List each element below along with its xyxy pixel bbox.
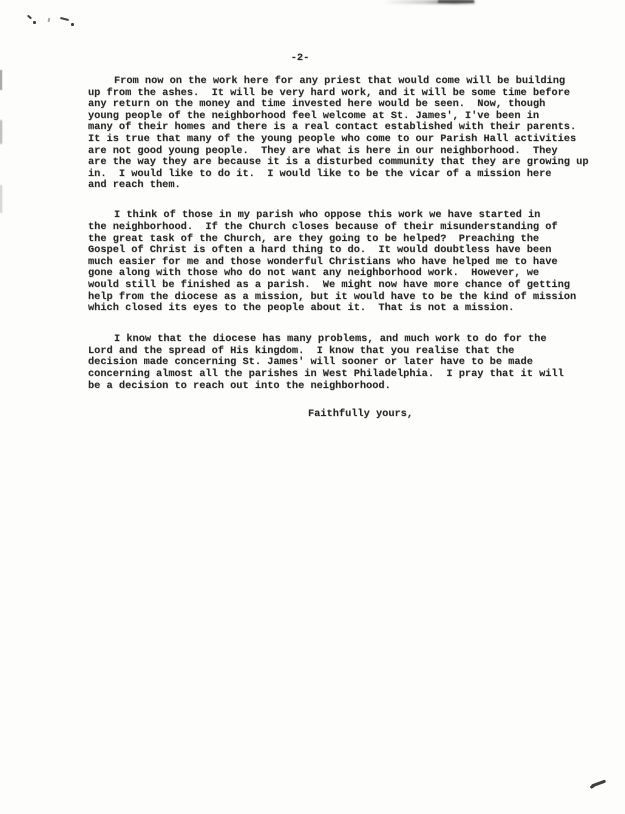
pen-mark [48, 18, 50, 22]
pen-mark [33, 21, 36, 24]
letter-line: be a decision to reach out into the neig… [88, 381, 603, 393]
scan-smudge [438, 0, 474, 3]
letter-line: concerning almost all the parishes in We… [88, 369, 603, 381]
scan-edge-artifact [0, 70, 2, 90]
paragraph-2: I think of those in my parish who oppose… [88, 210, 603, 314]
letter-line: which closed its eyes to the people abou… [88, 303, 603, 315]
letter-line: It is true that many of the young people… [88, 134, 603, 146]
letter-body: From now on the work here for any priest… [88, 76, 603, 420]
scan-edge-artifact [0, 120, 2, 144]
letter-line: and reach them. [88, 180, 603, 192]
scan-edge-artifact [0, 185, 2, 213]
page-number: -2- [0, 52, 600, 64]
letter-line: would still be finished as a parish. We … [88, 280, 603, 292]
letter-line: From now on the work here for any priest… [88, 76, 603, 88]
paragraph-3: I know that the diocese has many problem… [88, 334, 603, 392]
pen-mark [590, 784, 596, 789]
pen-mark [71, 23, 74, 26]
pen-mark [60, 17, 69, 21]
paragraph-1: From now on the work here for any priest… [88, 76, 603, 192]
pen-mark [27, 15, 32, 20]
letter-line: are the way they are because it is a dis… [88, 157, 603, 169]
scanned-letter-page: -2- From now on the work here for any pr… [0, 0, 625, 814]
closing-salutation: Faithfully yours, [88, 409, 603, 421]
letter-line: the neighborhood. If the Church closes b… [88, 222, 603, 234]
